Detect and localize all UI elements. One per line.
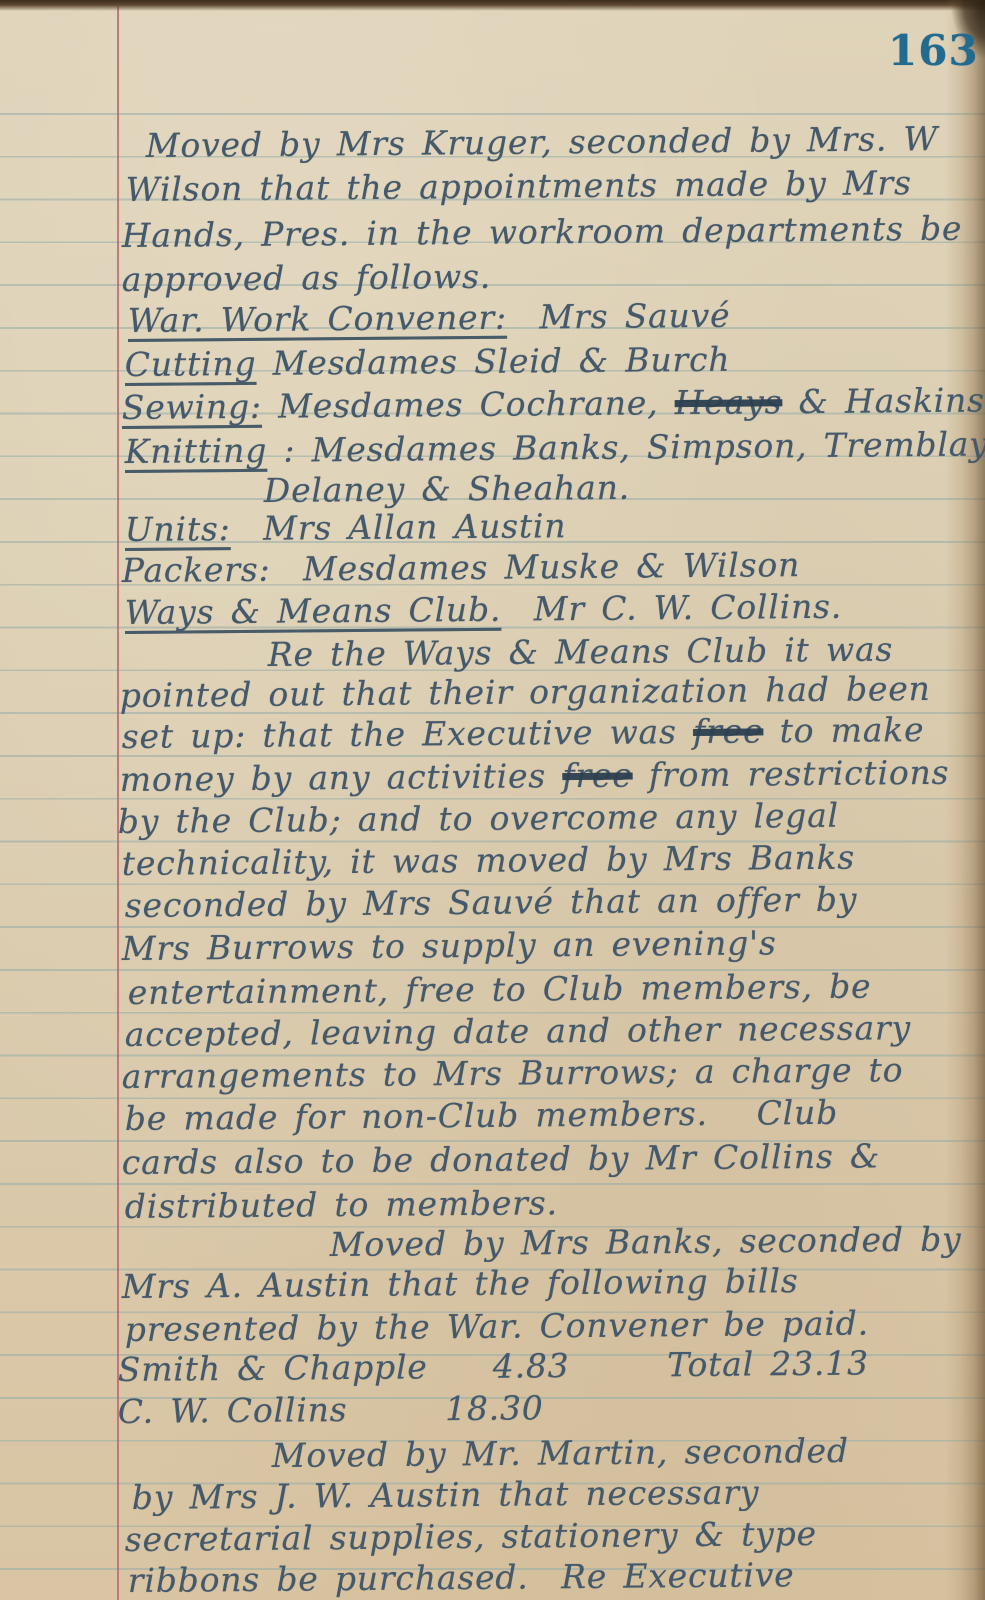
underlined-text: Knitting: [125, 431, 268, 471]
line-text: cards also to be donated by Mr Collins &: [122, 1136, 881, 1182]
handwritten-line: secretarial supplies, stationery & type: [125, 1516, 817, 1558]
line-text: arrangements to Mrs Burrows; a charge to: [122, 1050, 904, 1096]
line-text: technicality, it was moved by Mrs Banks: [122, 838, 856, 883]
line-text: money by any activities: [120, 756, 563, 799]
handwritten-line: by the Club; and to overcome any legal: [118, 798, 839, 841]
line-text: ribbons be purchased. Re Executive: [128, 1555, 795, 1600]
line-text: Wilson that the appointments made by Mrs: [126, 163, 912, 209]
line-text: Mr C. W. Collins.: [501, 587, 842, 629]
line-text: Delaney & Sheahan.: [264, 468, 630, 510]
handwritten-line: entertainment, free to Club members, be: [128, 969, 872, 1012]
underlined-text: Ways & Means Club.: [125, 590, 502, 632]
handwritten-line: money by any activities free from restri…: [120, 755, 950, 799]
line-text: Mesdames Cochrane,: [262, 383, 675, 426]
line-text: by the Club; and to overcome any legal: [118, 796, 839, 841]
handwritten-line: pointed out that their organization had …: [120, 671, 931, 714]
book-top-edge: [0, 0, 985, 11]
handwritten-line: Mrs A. Austin that the following bills: [122, 1263, 799, 1305]
line-text: Mrs A. Austin that the following bills: [122, 1261, 799, 1306]
handwritten-line: technicality, it was moved by Mrs Banks: [122, 840, 856, 883]
handwritten-line: approved as follows.: [122, 259, 491, 299]
line-text: approved as follows.: [122, 257, 492, 299]
handwritten-line: C. W. Collins 18.30: [118, 1390, 544, 1430]
line-text: Mrs Sauvé: [507, 296, 731, 337]
handwritten-line: accepted, leaving date and other necessa…: [125, 1010, 911, 1053]
line-text: Hands, Pres. in the workroom departments…: [122, 209, 963, 255]
line-text: secretarial supplies, stationery & type: [125, 1514, 817, 1559]
handwritten-line: Smith & Chapple 4.83 Total 23.13: [118, 1345, 869, 1388]
handwritten-line: Wilson that the appointments made by Mrs: [126, 165, 912, 208]
line-text: pointed out that their organization had …: [120, 669, 931, 715]
page-number: 163: [888, 26, 979, 75]
handwritten-line: seconded by Mrs Sauvé that an offer by: [125, 882, 858, 925]
line-text: by Mrs J. W. Austin that necessary: [132, 1473, 760, 1517]
line-text: : Mesdames Banks, Simpson, Tremblay: [267, 424, 985, 469]
struck-text: free: [693, 711, 764, 751]
struck-text: Heays: [675, 382, 783, 422]
minute-book-page: 163 Moved by Mrs Kruger, seconded by Mrs…: [0, 0, 985, 1600]
handwritten-line: Units: Mrs Allan Austin: [125, 508, 567, 548]
line-text: Mrs Allan Austin: [230, 506, 566, 548]
handwritten-line: set up: that the Executive was free to m…: [122, 712, 925, 755]
handwritten-line: Moved by Mr. Martin, seconded: [272, 1433, 849, 1474]
line-text: Mesdames Sleid & Burch: [256, 340, 730, 383]
handwritten-line: presented by the War. Convener be paid.: [125, 1306, 869, 1349]
handwritten-line: arrangements to Mrs Burrows; a charge to: [122, 1052, 904, 1095]
line-text: Moved by Mrs Kruger, seconded by Mrs. W: [146, 119, 939, 165]
line-text: Moved by Mr. Martin, seconded: [272, 1431, 849, 1475]
handwritten-line: War. Work Convener: Mrs Sauvé: [128, 298, 731, 340]
line-text: Packers: Mesdames Muske & Wilson: [122, 545, 801, 590]
line-text: seconded by Mrs Sauvé that an offer by: [125, 880, 858, 925]
line-text: accepted, leaving date and other necessa…: [125, 1008, 911, 1054]
line-text: entertainment, free to Club members, be: [128, 967, 872, 1012]
handwritten-line: distributed to members.: [125, 1185, 558, 1225]
handwritten-line: Mrs Burrows to supply an evening's: [122, 925, 777, 967]
handwritten-line: be made for non-Club members. Club: [125, 1095, 839, 1138]
line-text: Mrs Burrows to supply an evening's: [122, 923, 777, 968]
line-text: Re the Ways & Means Club it was: [268, 630, 894, 674]
line-text: C. W. Collins 18.30: [118, 1388, 544, 1431]
handwritten-line: Packers: Mesdames Muske & Wilson: [122, 547, 801, 589]
handwritten-line: Sewing: Mesdames Cochrane, Heays & Haski…: [122, 382, 985, 426]
handwritten-line: cards also to be donated by Mr Collins &: [122, 1138, 881, 1181]
underlined-text: War. Work Convener:: [128, 298, 507, 340]
underlined-text: Cutting: [125, 344, 257, 384]
line-text: from restrictions: [632, 753, 949, 795]
handwritten-line: Knitting : Mesdames Banks, Simpson, Trem…: [125, 426, 985, 470]
handwritten-line: by Mrs J. W. Austin that necessary: [132, 1475, 760, 1517]
struck-text: free: [562, 756, 633, 796]
handwritten-line: Ways & Means Club. Mr C. W. Collins.: [125, 589, 843, 632]
line-text: distributed to members.: [125, 1183, 558, 1226]
line-text: presented by the War. Convener be paid.: [125, 1304, 869, 1349]
handwritten-line: ribbons be purchased. Re Executive: [128, 1557, 795, 1599]
line-text: to make: [763, 710, 924, 750]
handwritten-line: Moved by Mrs Banks, seconded by: [330, 1221, 962, 1263]
handwritten-line: Moved by Mrs Kruger, seconded by Mrs. W: [146, 121, 939, 164]
handwritten-line: Re the Ways & Means Club it was: [268, 632, 894, 674]
line-text: & Haskins: [782, 380, 985, 421]
underlined-text: Units:: [125, 509, 231, 549]
handwritten-line: Delaney & Sheahan.: [264, 470, 630, 509]
handwritten-line: Cutting Mesdames Sleid & Burch: [125, 342, 731, 384]
line-text: set up: that the Executive was: [122, 712, 694, 756]
line-text: Smith & Chapple 4.83 Total 23.13: [118, 1343, 869, 1389]
line-text: Moved by Mrs Banks, seconded by: [330, 1219, 962, 1264]
handwritten-line: Hands, Pres. in the workroom departments…: [122, 211, 963, 255]
underlined-text: Sewing:: [122, 387, 262, 427]
line-text: be made for non-Club members. Club: [125, 1093, 839, 1138]
